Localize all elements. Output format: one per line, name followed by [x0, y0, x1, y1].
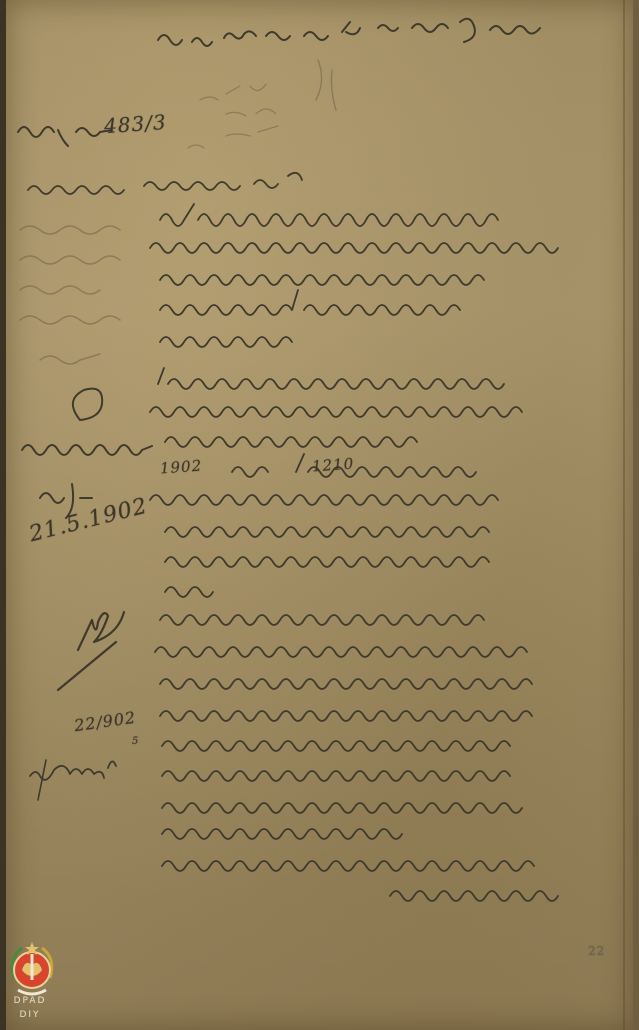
inline-number: 1210: [311, 455, 354, 476]
body-paragraph-2: [150, 368, 522, 597]
paraf-signature: [58, 612, 124, 690]
watermark-line-1: DPAD: [4, 996, 56, 1006]
body-paragraph-3: [155, 615, 558, 901]
margin-script-line: [22, 445, 152, 455]
page-number: 22: [588, 944, 605, 958]
reference-number: 483/3: [103, 110, 167, 138]
heading-script-line: [158, 19, 540, 46]
reference-prefix-script: [18, 127, 112, 146]
margin-circle-mark: [73, 389, 102, 420]
signature-date-sub: 5: [132, 736, 139, 747]
watermark-line-2: DIY: [4, 1010, 56, 1020]
inline-year: 1902: [159, 457, 202, 478]
pencil-annotation: [188, 84, 278, 148]
body-paragraph-1: [20, 173, 558, 364]
